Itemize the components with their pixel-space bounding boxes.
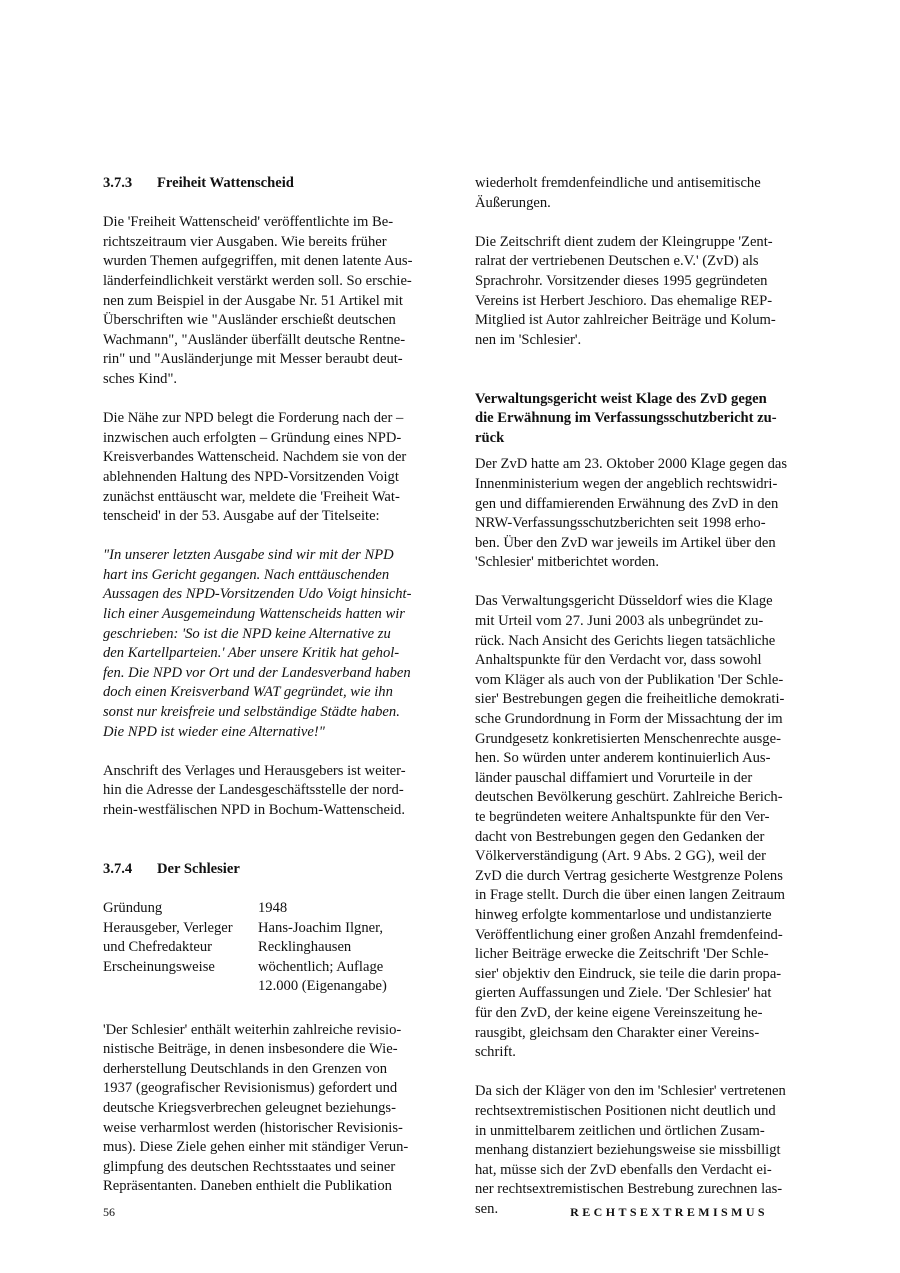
text-line: ralrat der vertriebenen Deutschen e.V.' … <box>475 252 805 272</box>
page-number: 56 <box>103 1205 115 1220</box>
paragraph: Der ZvD hatte am 23. Oktober 2000 Klage … <box>475 455 805 573</box>
text-line: Wachmann", "Ausländer überfällt deutsche… <box>103 331 443 351</box>
publication-facts-table: Gründung 1948 Herausgeber, Verleger Hans… <box>103 899 443 997</box>
text-line: wurden Themen aufgegriffen, mit denen la… <box>103 252 443 272</box>
text-line: ner rechtsextremistischen Bestrebung zur… <box>475 1180 805 1200</box>
text-line: tenscheid' in der 53. Ausgabe auf der Ti… <box>103 507 443 527</box>
paragraph: Die Zeitschrift dient zudem der Kleingru… <box>475 233 805 351</box>
text-line: Innenministerium wegen der angeblich rec… <box>475 475 805 495</box>
text-line: rausgibt, gleichsam den Charakter einer … <box>475 1024 805 1044</box>
text-line: rück <box>475 429 805 449</box>
text-line: Vereins ist Herbert Jeschioro. Das ehema… <box>475 292 805 312</box>
text-line: gen und diffamierenden Erwähnung des ZvD… <box>475 495 805 515</box>
text-line: die Erwähnung im Verfassungsschutzberich… <box>475 409 805 429</box>
fact-value: 12.000 (Eigenangabe) <box>258 977 443 997</box>
text-line: Verwaltungsgericht weist Klage des ZvD g… <box>475 390 805 410</box>
text-line: rhein-westfälischen NPD in Bochum-Watten… <box>103 801 443 821</box>
text-line: fen. Die NPD vor Ort und der Landesverba… <box>103 664 443 684</box>
page-footer: 56 RECHTSEXTREMISMUS <box>103 1205 768 1220</box>
fact-label: und Chefredakteur <box>103 938 258 958</box>
text-line: hin die Adresse der Landesgeschäftsstell… <box>103 781 443 801</box>
text-line: Die 'Freiheit Wattenscheid' veröffentlic… <box>103 213 443 233</box>
right-column: wiederholt fremdenfeindliche und antisem… <box>475 174 805 1239</box>
section-title: Der Schlesier <box>157 861 240 877</box>
text-line: Der ZvD hatte am 23. Oktober 2000 Klage … <box>475 455 805 475</box>
text-line: licher Beiträge erwecke die Zeitschrift … <box>475 945 805 965</box>
text-line: zunächst enttäuscht war, meldete die 'Fr… <box>103 488 443 508</box>
text-line: Anschrift des Verlages und Herausgebers … <box>103 762 443 782</box>
text-line: für den ZvD, der keine eigene Vereinszei… <box>475 1004 805 1024</box>
paragraph: Die Nähe zur NPD belegt die Forderung na… <box>103 409 443 527</box>
text-line: NRW-Verfassungsschutzberichten seit 1998… <box>475 514 805 534</box>
text-line: länder pauschal diffamiert und Vorurteil… <box>475 769 805 789</box>
text-line: geschrieben: 'So ist die NPD keine Alter… <box>103 625 443 645</box>
text-line: lich einer Ausgemeindung Wattenscheids h… <box>103 605 443 625</box>
text-line: nistische Beiträge, in denen insbesonder… <box>103 1040 443 1060</box>
text-line: Äußerungen. <box>475 194 805 214</box>
text-line: sche Grundordnung in Form der Missachtun… <box>475 710 805 730</box>
text-line: dacht von Bestrebungen gegen den Gedanke… <box>475 828 805 848</box>
fact-value: Hans-Joachim Ilgner, <box>258 919 443 939</box>
text-line: mus). Diese Ziele gehen einher mit ständ… <box>103 1138 443 1158</box>
paragraph: 'Der Schlesier' enthält weiterhin zahlre… <box>103 1021 443 1197</box>
text-line: mit Urteil vom 27. Juni 2003 als unbegrü… <box>475 612 805 632</box>
text-line: Überschriften wie "Ausländer erschießt d… <box>103 311 443 331</box>
section-title: Freiheit Wattenscheid <box>157 175 294 191</box>
text-line: hen. So würden unter anderem kontinuierl… <box>475 749 805 769</box>
text-line: sonst nur kreisfreie und selbständige St… <box>103 703 443 723</box>
text-line: sier' Bestrebungen gegen die freiheitlic… <box>475 690 805 710</box>
fact-value: 1948 <box>258 899 443 919</box>
text-line: Die Nähe zur NPD belegt die Forderung na… <box>103 409 443 429</box>
fact-label: Gründung <box>103 899 258 919</box>
text-line: Das Verwaltungsgericht Düsseldorf wies d… <box>475 592 805 612</box>
text-line: Repräsentanten. Daneben enthielt die Pub… <box>103 1177 443 1197</box>
text-line: Völkerverständigung (Art. 9 Abs. 2 GG), … <box>475 847 805 867</box>
text-line: rück. Nach Ansicht des Gerichts liegen t… <box>475 632 805 652</box>
running-title: RECHTSEXTREMISMUS <box>570 1205 768 1220</box>
paragraph: Die 'Freiheit Wattenscheid' veröffentlic… <box>103 213 443 389</box>
fact-value: Recklinghausen <box>258 938 443 958</box>
text-line: Veröffentlichung einer großen Anzahl fre… <box>475 926 805 946</box>
text-line: ablehnenden Haltung des NPD-Vorsitzenden… <box>103 468 443 488</box>
text-line: schrift. <box>475 1043 805 1063</box>
text-line: in unmittelbarem zeitlichen und örtliche… <box>475 1122 805 1142</box>
text-line: Grundgesetz konkretisierten Menschenrech… <box>475 730 805 750</box>
text-line: 1937 (geografischer Revisionismus) gefor… <box>103 1079 443 1099</box>
text-line: doch einen Kreisverband WAT gegründet, w… <box>103 683 443 703</box>
text-line: ben. Über den ZvD war jeweils im Artikel… <box>475 534 805 554</box>
text-line: ZvD die durch Vertrag gesicherte Westgre… <box>475 867 805 887</box>
section-number: 3.7.3 <box>103 174 157 194</box>
section-number: 3.7.4 <box>103 860 157 880</box>
subheading-court-ruling: Verwaltungsgericht weist Klage des ZvD g… <box>475 390 805 449</box>
text-line: den Kartellparteien.' Aber unsere Kritik… <box>103 644 443 664</box>
text-line: hinweg erfolgte kommentarlose und undist… <box>475 906 805 926</box>
text-line: länderfeindlichkeit verstärkt werden sol… <box>103 272 443 292</box>
text-line: Mitglied ist Autor zahlreicher Beiträge … <box>475 311 805 331</box>
fact-value: wöchentlich; Auflage <box>258 958 443 978</box>
text-line: 'Schlesier' mitberichtet worden. <box>475 553 805 573</box>
text-line: gierten Auffassungen und Ziele. 'Der Sch… <box>475 984 805 1004</box>
text-line: derherstellung Deutschlands in den Grenz… <box>103 1060 443 1080</box>
paragraph: Anschrift des Verlages und Herausgebers … <box>103 762 443 821</box>
text-line: nen im 'Schlesier'. <box>475 331 805 351</box>
text-line: hat, müsse sich der ZvD ebenfalls den Ve… <box>475 1161 805 1181</box>
text-line: nen zum Beispiel in der Ausgabe Nr. 51 A… <box>103 292 443 312</box>
text-line: richtszeitraum vier Ausgaben. Wie bereit… <box>103 233 443 253</box>
text-line: hart ins Gericht gegangen. Nach enttäusc… <box>103 566 443 586</box>
text-line: 'Der Schlesier' enthält weiterhin zahlre… <box>103 1021 443 1041</box>
paragraph: Da sich der Kläger von den im 'Schlesier… <box>475 1082 805 1219</box>
text-line: menhang distanziert beziehungsweise sie … <box>475 1141 805 1161</box>
text-line: deutschen Bevölkerung geschürt. Zahlreic… <box>475 788 805 808</box>
section-heading-freiheit-wattenscheid: 3.7.3Freiheit Wattenscheid <box>103 174 443 194</box>
text-line: glimpfung des deutschen Rechtsstaates un… <box>103 1158 443 1178</box>
text-line: Kreisverbandes Wattenscheid. Nachdem sie… <box>103 448 443 468</box>
text-line: inzwischen auch erfolgten – Gründung ein… <box>103 429 443 449</box>
text-line: weise verharmlost werden (historischer R… <box>103 1119 443 1139</box>
paragraph: wiederholt fremdenfeindliche und antisem… <box>475 174 805 213</box>
fact-label: Erscheinungsweise <box>103 958 258 978</box>
text-line: Da sich der Kläger von den im 'Schlesier… <box>475 1082 805 1102</box>
text-line: sier' objektiv den Eindruck, sie teile d… <box>475 965 805 985</box>
fact-label <box>103 977 258 997</box>
text-line: sches Kind". <box>103 370 443 390</box>
text-line: Die Zeitschrift dient zudem der Kleingru… <box>475 233 805 253</box>
text-line: Anhaltspunkte für den Verdacht vor, dass… <box>475 651 805 671</box>
text-line: rin" und "Ausländerjunge mit Messer bera… <box>103 350 443 370</box>
fact-label: Herausgeber, Verleger <box>103 919 258 939</box>
text-line: vom Kläger als auch von der Publikation … <box>475 671 805 691</box>
text-line: Sprachrohr. Vorsitzender dieses 1995 geg… <box>475 272 805 292</box>
text-line: wiederholt fremdenfeindliche und antisem… <box>475 174 805 194</box>
text-line: rechtsextremistischen Positionen nicht d… <box>475 1102 805 1122</box>
section-heading-der-schlesier: 3.7.4Der Schlesier <box>103 860 443 880</box>
text-line: "In unserer letzten Ausgabe sind wir mit… <box>103 546 443 566</box>
text-line: deutsche Kriegsverbrechen geleugnet bezi… <box>103 1099 443 1119</box>
text-line: Aussagen des NPD-Vorsitzenden Udo Voigt … <box>103 585 443 605</box>
paragraph: Das Verwaltungsgericht Düsseldorf wies d… <box>475 592 805 1062</box>
text-line: Die NPD ist wieder eine Alternative!" <box>103 723 443 743</box>
text-line: te begründeten weitere Anhaltspunkte für… <box>475 808 805 828</box>
text-line: in Frage stellt. Durch die über einen la… <box>475 886 805 906</box>
left-column: 3.7.3Freiheit Wattenscheid Die 'Freiheit… <box>103 174 443 1216</box>
block-quote: "In unserer letzten Ausgabe sind wir mit… <box>103 546 443 742</box>
